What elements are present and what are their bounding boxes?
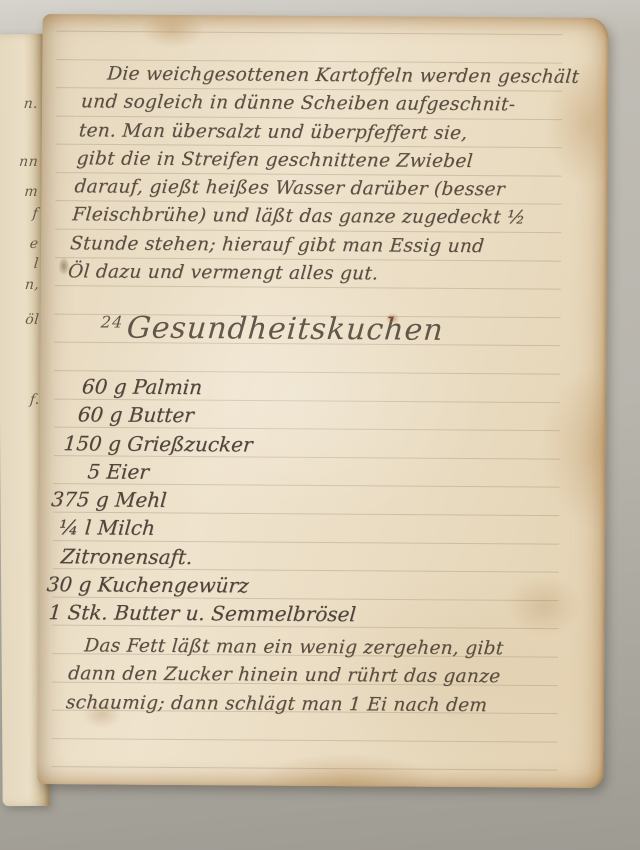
ingredient-line: 60 g Palmin: [81, 372, 374, 402]
handwriting-line: dann den Zucker hinein und rührt das gan…: [67, 661, 589, 693]
text-fragment: n.: [23, 96, 39, 112]
ingredient-line: 375 g Mehl: [50, 485, 365, 515]
handwriting-line: ten. Man übersalzt und überpfeffert sie,: [78, 117, 592, 149]
recipe-heading: 24Gesundheitskuchen: [99, 310, 445, 347]
ingredient-list: 60 g Palmin 60 g Butter 150 g Grießzucke…: [42, 372, 375, 629]
text-fragment: e: [29, 236, 39, 252]
handwriting-line: Fleischbrühe) und läßt das ganze zugedec…: [71, 202, 585, 234]
ingredient-line: ¼ l Milch: [58, 514, 363, 544]
handwriting-line: Öl dazu und vermengt alles gut.: [67, 258, 581, 290]
ingredient-line: 60 g Butter: [77, 401, 372, 431]
handwriting-line: schaumig; dann schlägt man 1 Ei nach dem: [65, 689, 587, 721]
handwriting-line: Das Fett läßt man ein wenig zergehen, gi…: [69, 632, 591, 664]
ingredient-line: 1 Stk. Butter u. Semmelbrösel: [48, 598, 357, 628]
text-fragment: öl: [25, 312, 40, 328]
text-fragment: n,: [24, 277, 40, 293]
photo-of-notebook: n. nn m f e l n, öl f. Die weichgesotten…: [0, 0, 640, 850]
ingredient-line: 5 Eier: [86, 457, 367, 487]
handwriting-line: und sogleich in dünne Scheiben aufgeschn…: [80, 89, 594, 121]
text-fragment: f.: [29, 392, 41, 408]
text-fragment: l: [33, 256, 40, 272]
paragraph-top: Die weichgesottenen Kartoffeln werden ge…: [67, 60, 596, 290]
ingredient-line: 30 g Kuchengewürz: [46, 570, 359, 600]
paragraph-bottom: Das Fett läßt man ein wenig zergehen, gi…: [65, 632, 592, 720]
handwriting-line: Stunde stehen; hierauf gibt man Essig un…: [69, 230, 583, 262]
notebook-page: Die weichgesottenen Kartoffeln werden ge…: [37, 14, 608, 788]
ingredient-line: Zitronensaft.: [60, 542, 361, 572]
ingredient-line: 150 g Grießzucker: [63, 429, 370, 459]
text-fragment: f: [32, 206, 39, 222]
text-fragment: m: [24, 184, 39, 200]
handwriting-line: darauf, gießt heißes Wasser darüber (bes…: [73, 173, 587, 205]
text-fragment: nn: [18, 154, 39, 170]
handwriting-line: Die weichgesottenen Kartoffeln werden ge…: [82, 60, 596, 92]
handwriting-line: gibt die in Streifen geschnittene Zwiebe…: [76, 145, 590, 177]
recipe-number: 24: [100, 312, 124, 331]
recipe-title: Gesundheitskuchen: [126, 311, 445, 348]
